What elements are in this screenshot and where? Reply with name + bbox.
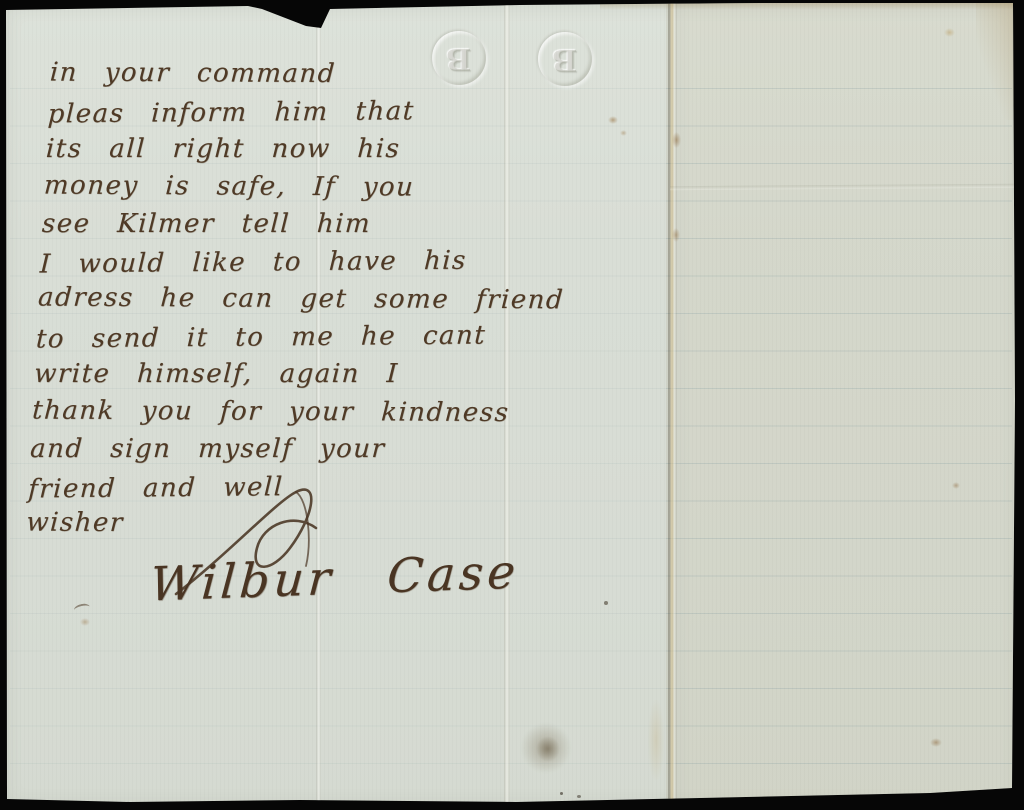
ink-speck (560, 792, 563, 795)
letter-line: friend and well (27, 466, 589, 508)
letter-line: adress he can get some friend (37, 280, 599, 320)
letter-line: wisher (25, 505, 587, 545)
ruled-lines-right (666, 88, 1012, 780)
letter-line: to send it to me he cant (35, 316, 597, 358)
letter-line: write himself, again I (33, 356, 595, 394)
letter-line: in your command (49, 55, 611, 95)
scan-background: B B in your command pleas inform him tha… (0, 0, 1024, 810)
letter-text: in your command pleas inform him that it… (25, 56, 611, 544)
fold-crease-right (668, 0, 677, 810)
letter-line: see Kilmer tell him (41, 206, 603, 244)
letter-page: B B in your command pleas inform him tha… (0, 0, 1024, 810)
letter-line: and sign myself your (29, 431, 591, 469)
letter-line: pleas inform him that (47, 91, 609, 133)
letter-line: thank you for your kindness (31, 392, 593, 432)
ink-speck (577, 795, 581, 798)
letter-line: money is safe, If you (43, 167, 605, 207)
letter-line: its all right now his (45, 131, 607, 169)
letter-line: I would like to have his (39, 241, 601, 283)
